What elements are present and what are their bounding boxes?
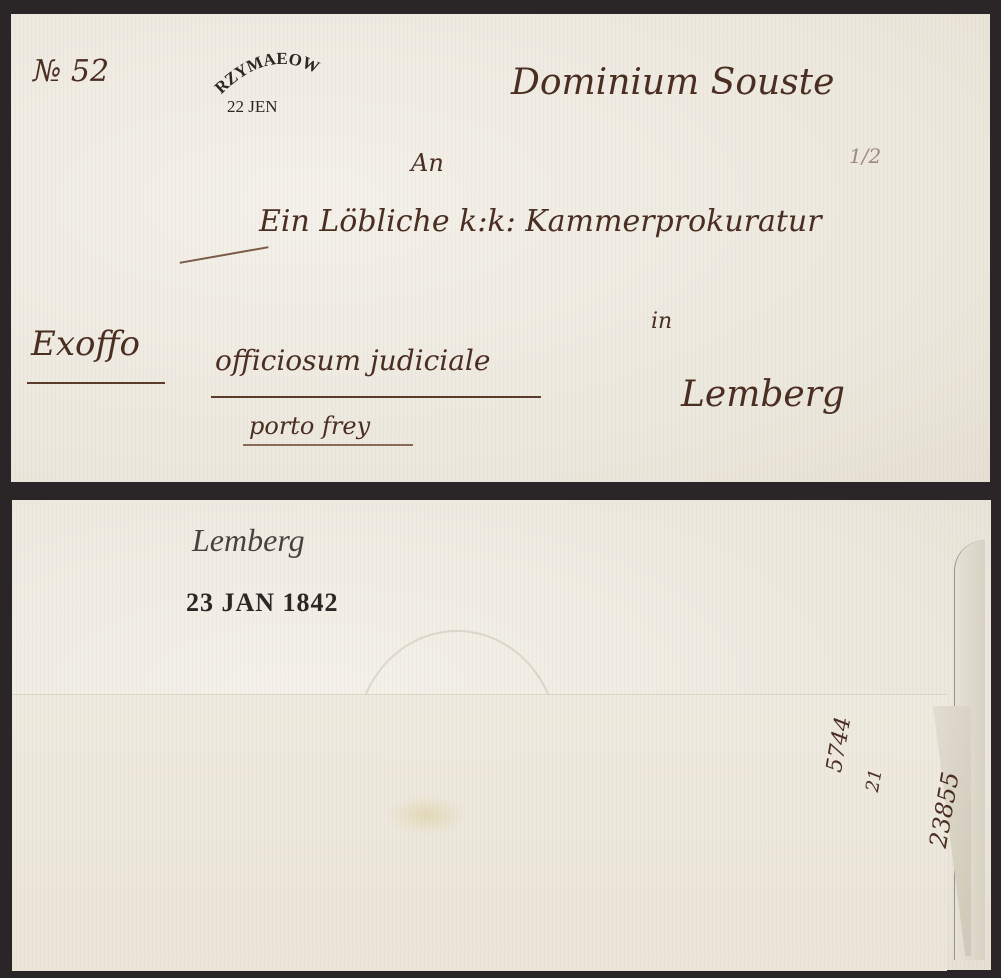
- docket-fraction: 21: [862, 767, 887, 793]
- address-an: An: [411, 149, 444, 177]
- arrival-postmark-date: 23 JAN 1842: [186, 588, 339, 618]
- postmark-oval-stamp: RZYMAEOW 22 JEN: [207, 44, 357, 124]
- arrival-postmark-city: Lemberg: [192, 522, 305, 559]
- endorsement-underline: [211, 396, 541, 398]
- address-in: in: [651, 309, 672, 334]
- postmark-arc-text: RZYMAEOW: [211, 49, 323, 97]
- paper-stain: [387, 795, 467, 835]
- postmark-date: 22 JEN: [227, 97, 278, 116]
- letter-front: № 52 RZYMAEOW 22 JEN Dominium Souste 1/2…: [11, 14, 990, 482]
- ex-officio-mark: Exoffo: [31, 324, 140, 364]
- flourish-line: [180, 246, 269, 263]
- rate-mark: 1/2: [849, 144, 881, 168]
- addressee: Ein Löbliche k:k: Kammerprokuratur: [259, 204, 822, 239]
- endorsement-text: officiosum judiciale: [215, 344, 490, 377]
- sender-name: Dominium Souste: [511, 62, 834, 103]
- porto-underline: [243, 444, 413, 446]
- porto-frey-text: porto frey: [249, 412, 370, 440]
- destination-city: Lemberg: [681, 374, 845, 415]
- ex-officio-underline: [27, 382, 165, 384]
- svg-text:RZYMAEOW: RZYMAEOW: [211, 49, 323, 97]
- letter-back: Lemberg 23 JAN 1842 5744 21 23855: [12, 500, 991, 970]
- back-flap: [12, 694, 947, 971]
- number-mark: № 52: [33, 54, 109, 89]
